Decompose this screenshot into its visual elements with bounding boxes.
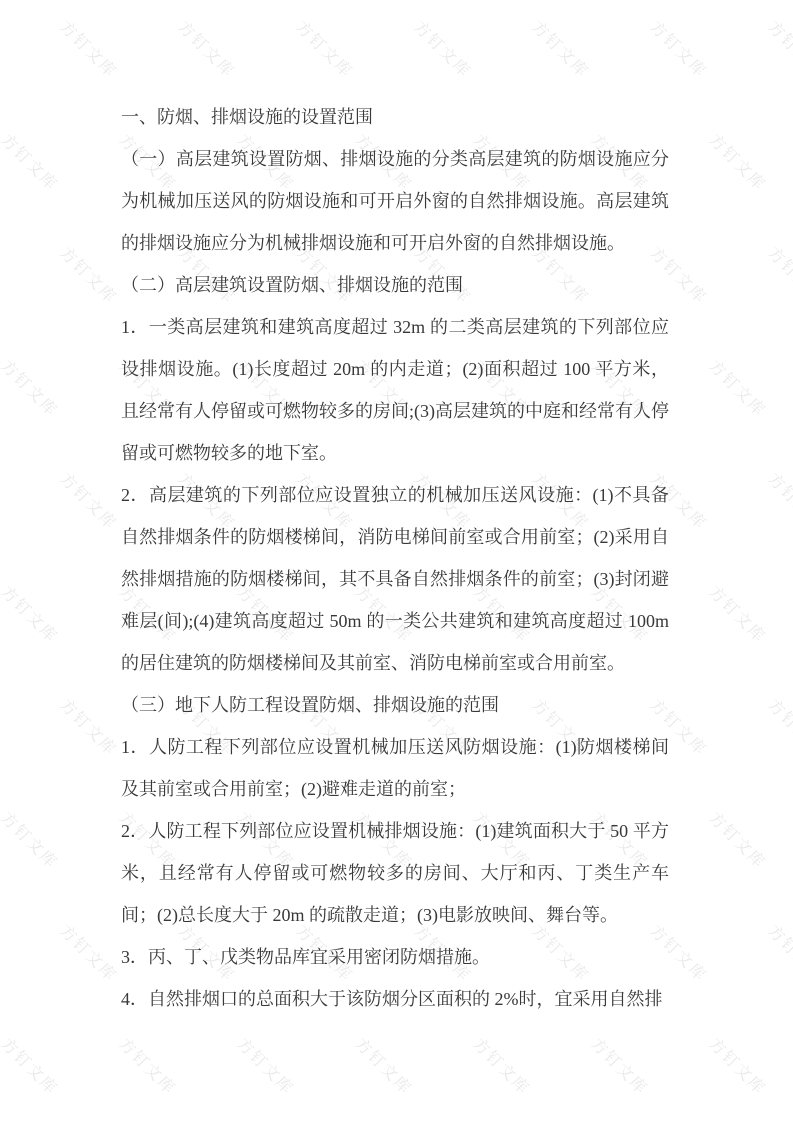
watermark-text: 方钉文库 — [0, 354, 64, 421]
watermark-text: 方钉文库 — [764, 241, 793, 308]
watermark-text: 方钉文库 — [764, 693, 793, 760]
watermark-text: 方钉文库 — [115, 1032, 182, 1099]
document-page: 方钉文库方钉文库方钉文库方钉文库方钉文库方钉文库方钉文库方钉文库方钉文库方钉文库… — [0, 0, 793, 1122]
watermark-text: 方钉文库 — [469, 1032, 536, 1099]
watermark-text: 方钉文库 — [528, 15, 595, 82]
watermark-text: 方钉文库 — [0, 1032, 64, 1099]
paragraph-5: 2．人防工程下列部位应设置机械排烟设施：(1)建筑面积大于 50 平方米，且经常… — [121, 810, 669, 936]
watermark-text: 方钉文库 — [0, 919, 5, 986]
watermark-text: 方钉文库 — [0, 693, 5, 760]
section-heading-1: 一、防烟、排烟设施的设置范围 — [121, 96, 669, 138]
paragraph-4: 1．人防工程下列部位应设置机械加压送风防烟设施：(1)防烟楼梯间及其前室或合用前… — [121, 726, 669, 810]
watermark-text: 方钉文库 — [233, 1032, 300, 1099]
watermark-text: 方钉文库 — [56, 467, 123, 534]
watermark-text: 方钉文库 — [764, 919, 793, 986]
watermark-text: 方钉文库 — [705, 806, 772, 873]
paragraph-7: 4．自然排烟口的总面积大于该防烟分区面积的 2%时，宜采用自然排 — [121, 978, 669, 1020]
watermark-text: 方钉文库 — [0, 128, 64, 195]
paragraph-2: 1．一类高层建筑和建筑高度超过 32m 的二类高层建筑的下列部位应设排烟设施。(… — [121, 306, 669, 474]
watermark-text: 方钉文库 — [56, 693, 123, 760]
watermark-text: 方钉文库 — [0, 15, 5, 82]
watermark-text: 方钉文库 — [56, 15, 123, 82]
document-content: 一、防烟、排烟设施的设置范围 （一）高层建筑设置防烟、排烟设施的分类高层建筑的防… — [121, 96, 669, 1020]
watermark-text: 方钉文库 — [764, 467, 793, 534]
paragraph-3: 2．高层建筑的下列部位应设置独立的机械加压送风设施：(1)不具备自然排烟条件的防… — [121, 474, 669, 684]
watermark-text: 方钉文库 — [351, 1032, 418, 1099]
watermark-text: 方钉文库 — [292, 15, 359, 82]
watermark-text: 方钉文库 — [0, 467, 5, 534]
watermark-text: 方钉文库 — [56, 919, 123, 986]
watermark-text: 方钉文库 — [174, 15, 241, 82]
paragraph-1: （一）高层建筑设置防烟、排烟设施的分类高层建筑的防烟设施应分为机械加压送风的防烟… — [121, 138, 669, 264]
watermark-text: 方钉文库 — [705, 128, 772, 195]
paragraph-6: 3．丙、丁、戊类物品库宜采用密闭防烟措施。 — [121, 936, 669, 978]
watermark-text: 方钉文库 — [705, 1032, 772, 1099]
watermark-text: 方钉文库 — [705, 580, 772, 647]
watermark-text: 方钉文库 — [0, 806, 64, 873]
watermark-text: 方钉文库 — [764, 15, 793, 82]
watermark-text: 方钉文库 — [56, 241, 123, 308]
section-heading-2: （二）高层建筑设置防烟、排烟设施的范围 — [121, 264, 669, 306]
watermark-text: 方钉文库 — [0, 241, 5, 308]
section-heading-3: （三）地下人防工程设置防烟、排烟设施的范围 — [121, 684, 669, 726]
watermark-text: 方钉文库 — [410, 15, 477, 82]
watermark-text: 方钉文库 — [646, 15, 713, 82]
watermark-text: 方钉文库 — [0, 580, 64, 647]
watermark-text: 方钉文库 — [705, 354, 772, 421]
watermark-text: 方钉文库 — [587, 1032, 654, 1099]
